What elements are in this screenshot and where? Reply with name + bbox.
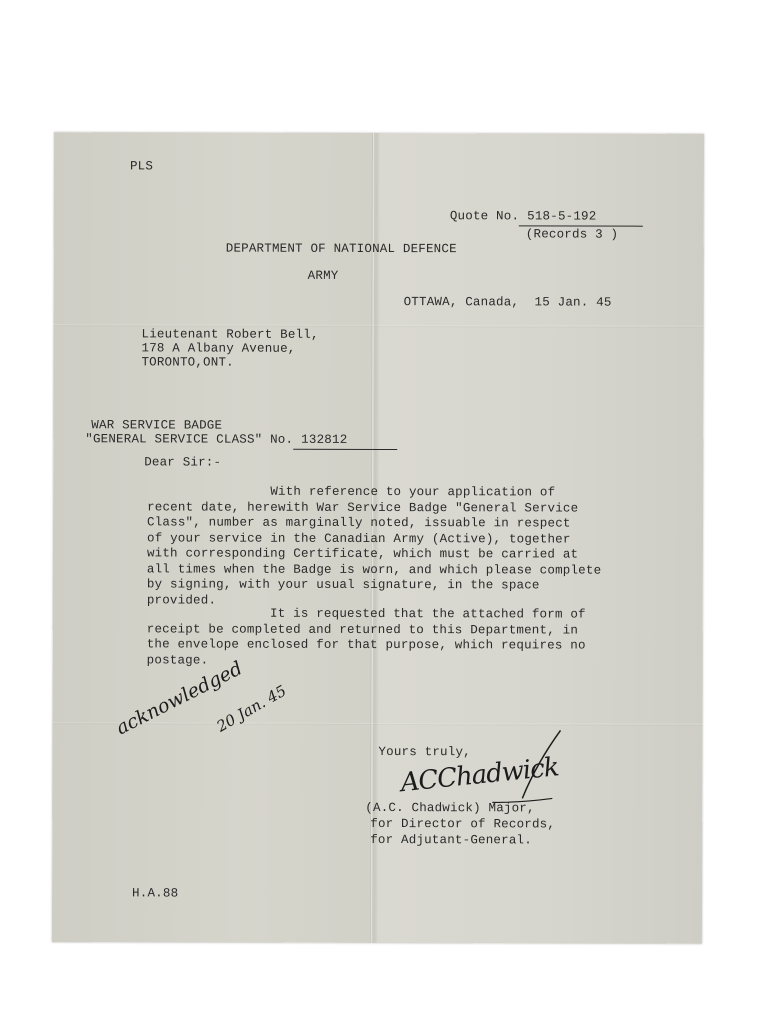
quote-number: 518-5-192 [519,209,643,226]
closing: Yours truly, [378,745,470,761]
paragraph-line: receipt be completed and returned to thi… [147,622,586,639]
place-date: OTTAWA, Canada, 15 Jan. 45 [404,295,612,311]
letter-paper: PLS Quote No.518-5-192 (Records 3 ) DEPA… [52,132,704,944]
recipient-city: TORONTO,ONT. [141,355,233,371]
quote-label: Quote No. [450,209,519,223]
subject-line-2: "GENERAL SERVICE CLASS" No.132812 [85,432,397,449]
subject-label: "GENERAL SERVICE CLASS" No. [85,432,293,447]
form-code: H.A.88 [132,886,178,902]
handwritten-date: 20 Jan. 45 [214,682,290,736]
paragraph-1: With reference to your application of re… [147,484,602,609]
paragraph-line: the envelope enclosed for that purpose, … [147,637,586,654]
signatory-name: (A.C. Chadwick) Major, [365,801,534,817]
signatory-role-1: for Director of Records, [370,817,555,833]
paragraph-line: of your service in the Canadian Army (Ac… [147,531,601,548]
department-heading: DEPARTMENT OF NATIONAL DEFENCE [226,242,457,258]
paragraph-line: It is requested that the attached form o… [147,606,586,623]
signature-flourish [492,728,562,808]
records-reference: (Records 3 ) [526,227,618,243]
army-heading: ARMY [308,269,339,285]
paragraph-line: all times when the Badge is worn, and wh… [147,562,601,579]
quote-number-line: Quote No.518-5-192 [450,209,643,226]
paragraph-2: It is requested that the attached form o… [147,606,586,669]
signatory-role-2: for Adjutant-General. [370,833,532,849]
paragraph-line: recent date, herewith War Service Badge … [147,500,601,517]
paragraph-line: postage. [147,653,586,670]
salutation: Dear Sir:- [144,455,221,471]
paragraph-line: by signing, with your usual signature, i… [147,577,601,594]
paragraph-line: with corresponding Certificate, which mu… [147,546,601,563]
badge-number: 132812 [293,433,397,450]
paragraph-line: With reference to your application of [147,484,601,501]
paragraph-line: Class", number as marginally noted, issu… [147,515,601,532]
initials-top: PLS [130,159,153,175]
